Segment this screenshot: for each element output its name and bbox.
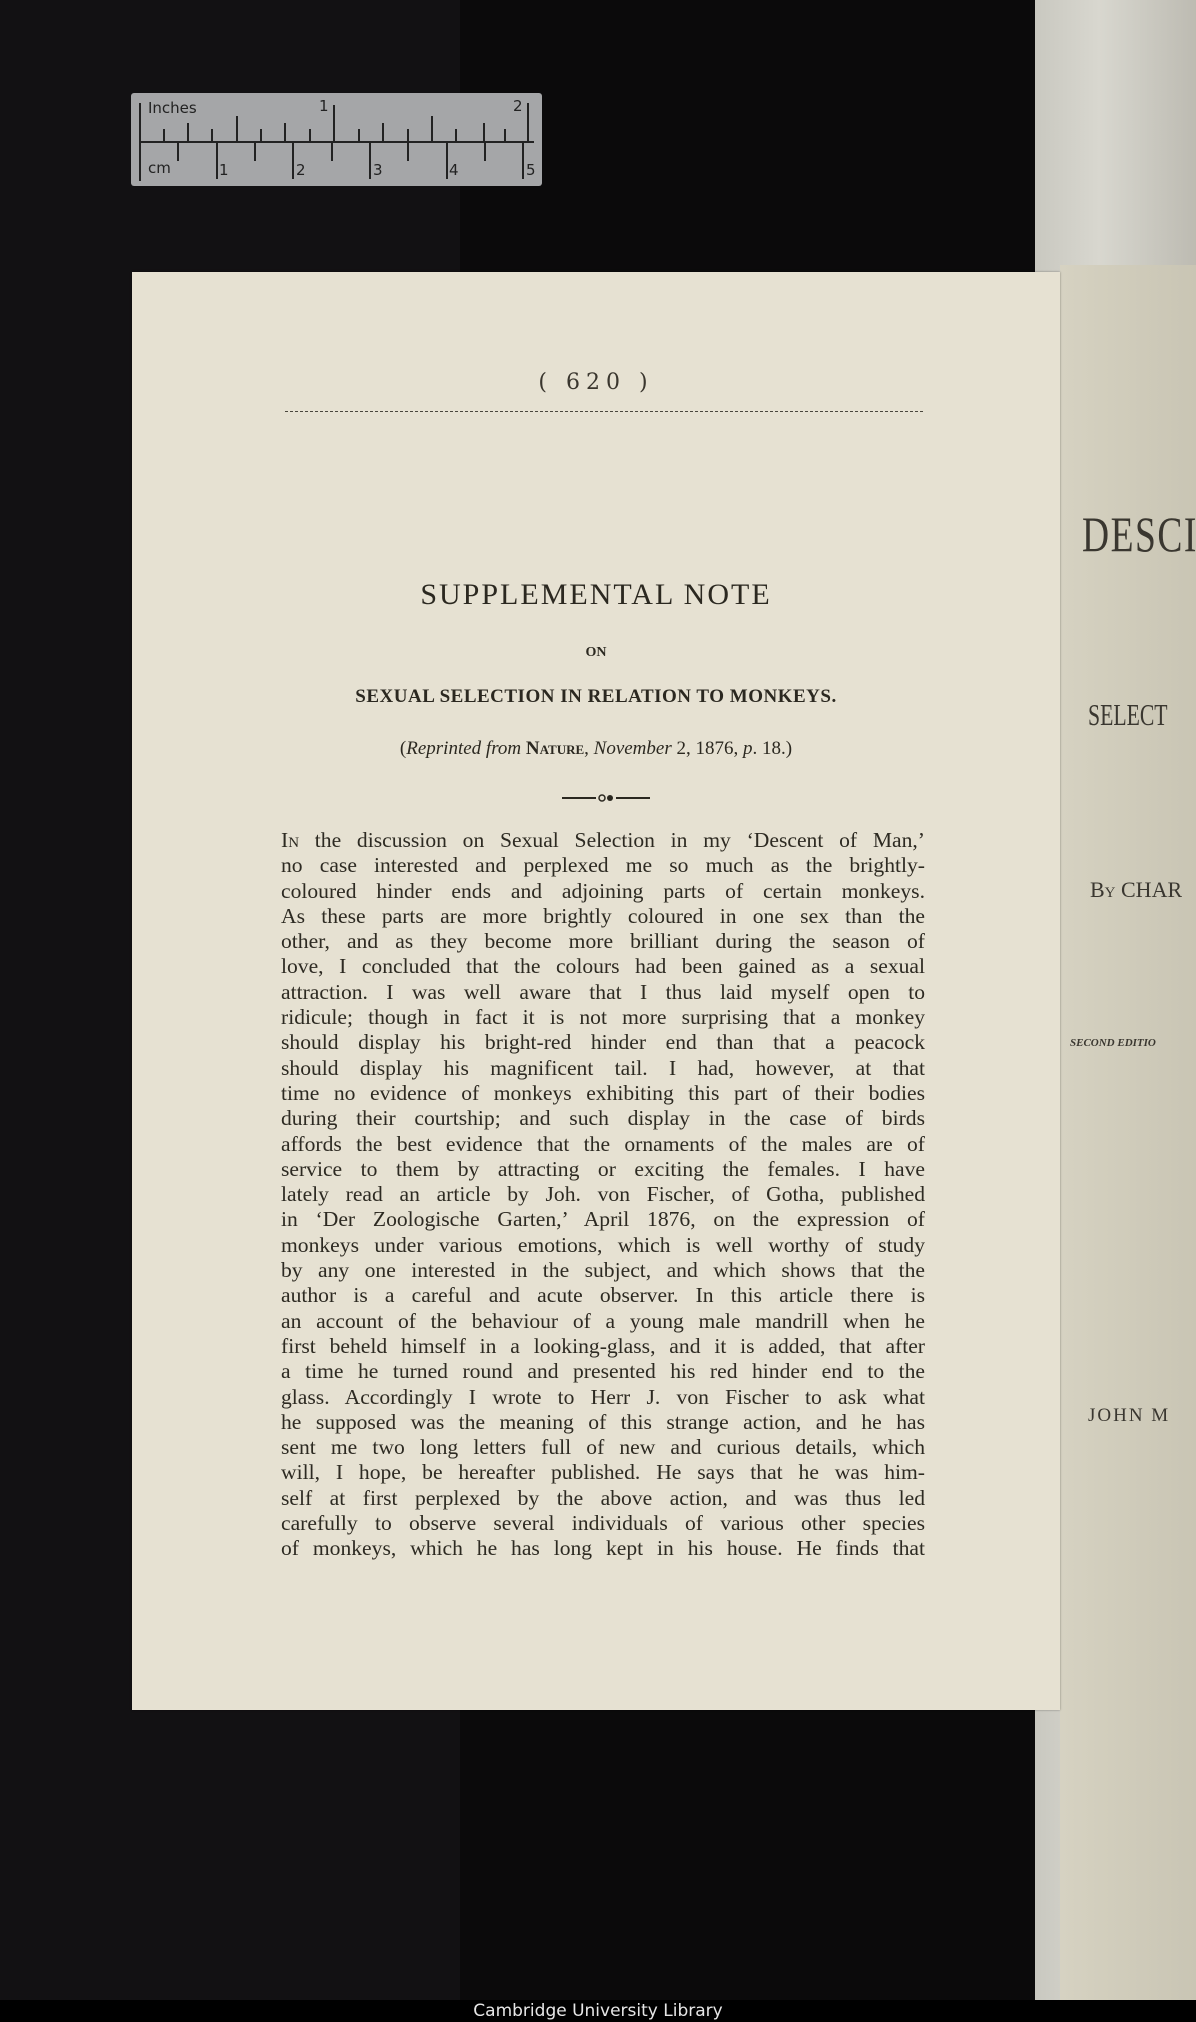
inches-label: Inches (148, 99, 197, 117)
cm-mark-3: 3 (373, 161, 383, 179)
body-line: service to them by attracting or excitin… (281, 1157, 925, 1182)
body-line: should display his magnificent tail. I h… (281, 1056, 925, 1081)
body-line: carefully to observe several individuals… (281, 1511, 925, 1536)
body-line: love, I concluded that the colours had b… (281, 954, 925, 979)
body-line: As these parts are more brightly coloure… (281, 904, 925, 929)
body-line: first beheld himself in a looking-glass,… (281, 1334, 925, 1359)
body-line: monkeys under various emotions, which is… (281, 1233, 925, 1258)
body-line: no case interested and perplexed me so m… (281, 853, 925, 878)
body-line: time no evidence of monkeys exhibiting t… (281, 1081, 925, 1106)
document-page: ( 620 ) SUPPLEMENTAL NOTE ON SEXUAL SELE… (132, 272, 1060, 1710)
book-title-fragment: DESCI (1082, 505, 1196, 563)
adjacent-book-title-page: DESCI SELECT By CHAR SECOND EDITIO JOHN … (1060, 265, 1196, 2000)
body-line: should display his bright-red hinder end… (281, 1030, 925, 1055)
body-line: coloured hinder ends and adjoining parts… (281, 879, 925, 904)
body-line: by any one interested in the subject, an… (281, 1258, 925, 1283)
book-author-fragment: By CHAR (1090, 877, 1182, 903)
body-line: a time he turned round and presented his… (281, 1359, 925, 1384)
article-body: In the discussion on Sexual Selection in… (281, 828, 925, 1562)
body-line: affords the best evidence that the ornam… (281, 1132, 925, 1157)
body-line: ridicule; though in fact it is not more … (281, 1005, 925, 1030)
body-line: author is a careful and acute observer. … (281, 1283, 925, 1308)
reprint-month: November (594, 738, 672, 759)
body-line: of monkeys, which he has long kept in hi… (281, 1536, 925, 1561)
ruler-axis (139, 141, 534, 143)
title-connector: ON (132, 645, 1060, 661)
reprint-note: (Reprinted from Nature, November 2, 1876… (132, 738, 1060, 760)
journal-name: Nature (526, 738, 584, 759)
cm-mark-5: 5 (526, 161, 536, 179)
body-line: sent me two long letters full of new and… (281, 1435, 925, 1460)
book-edition-fragment: SECOND EDITIO (1070, 1037, 1156, 1049)
body-line: attraction. I was well aware that I thus… (281, 980, 925, 1005)
body-line: an account of the behaviour of a young m… (281, 1309, 925, 1334)
body-line: self at first perplexed by the above act… (281, 1486, 925, 1511)
body-line: other, and as they become more brilliant… (281, 929, 925, 954)
library-credit: Cambridge University Library (0, 2000, 1196, 2022)
body-line: he supposed was the meaning of this stra… (281, 1410, 925, 1435)
drop-word: In (281, 828, 299, 852)
book-publisher-fragment: JOHN M (1088, 1405, 1170, 1427)
cm-mark-2: 2 (296, 161, 306, 179)
ornament-divider-icon (562, 794, 650, 802)
ruler-tick (139, 103, 141, 181)
body-line: glass. Accordingly I wrote to Herr J. vo… (281, 1385, 925, 1410)
header-rule (285, 411, 923, 412)
reprinted-from: Reprinted from (406, 738, 521, 759)
cm-mark-1: 1 (219, 161, 229, 179)
cm-label: cm (148, 159, 171, 177)
page-subtitle: SEXUAL SELECTION IN RELATION TO MONKEYS. (132, 686, 1060, 708)
scale-ruler: Inches 1 2 cm 1 2 3 4 5 (131, 93, 542, 186)
book-select-fragment: SELECT (1088, 697, 1168, 733)
body-line: lately read an article by Joh. von Fisch… (281, 1182, 925, 1207)
body-line: during their courtship; and such display… (281, 1106, 925, 1131)
cm-mark-4: 4 (449, 161, 459, 179)
page-number: ( 620 ) (132, 370, 1060, 395)
body-line: in ‘Der Zoologische Garten,’ April 1876,… (281, 1207, 925, 1232)
body-line: will, I hope, be hereafter published. He… (281, 1460, 925, 1485)
inch-mark-2: 2 (513, 97, 523, 115)
inch-mark-1: 1 (319, 97, 329, 115)
page-title: SUPPLEMENTAL NOTE (132, 578, 1060, 612)
body-line-1: In the discussion on Sexual Selection in… (281, 828, 925, 853)
